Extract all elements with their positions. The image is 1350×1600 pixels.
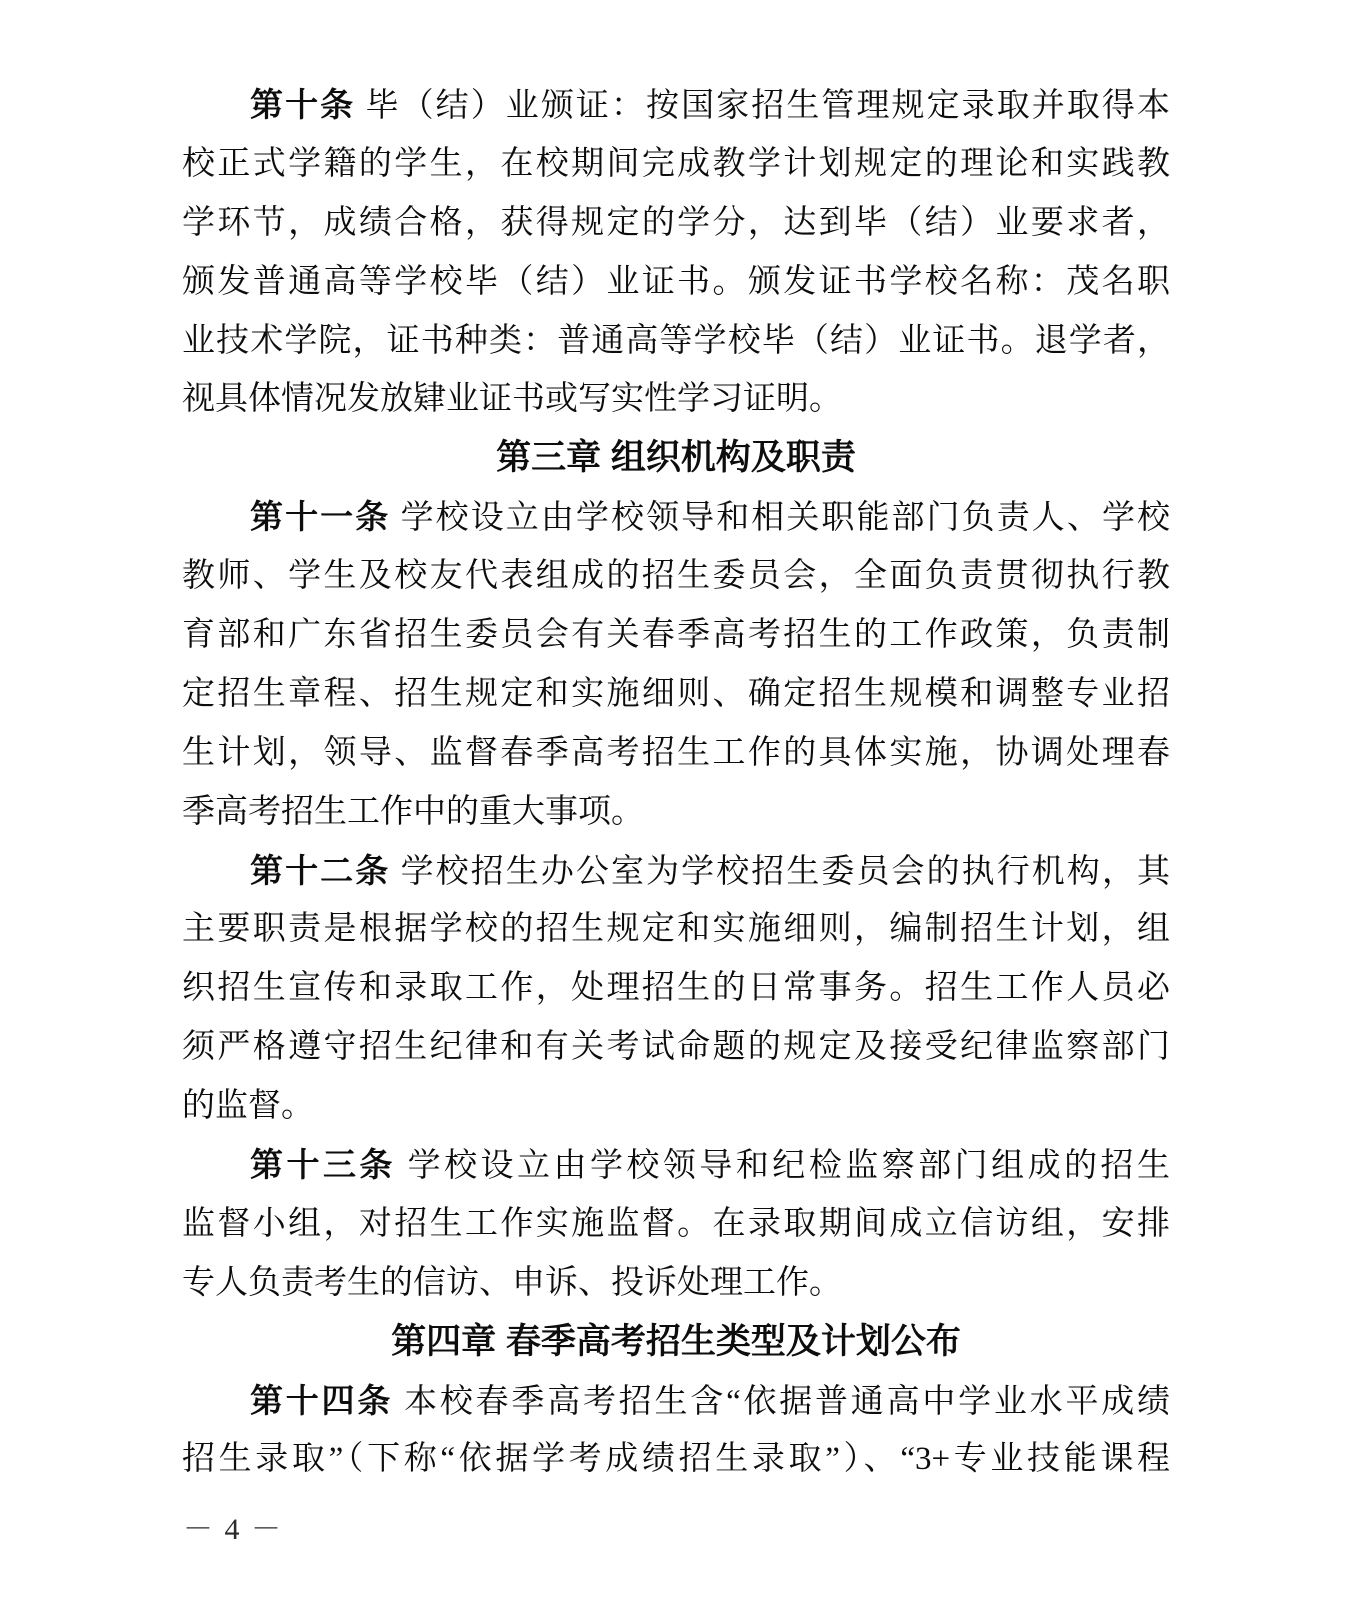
text-line: 第十条 毕（结）业颁证：按国家招生管理规定录取并取得本 [182, 76, 1170, 135]
text-line: 第十二条 学校招生办公室为学校招生委员会的执行机构，其 [182, 842, 1170, 901]
text-line: 颁发普通高等学校毕（结）业证书。颁发证书学校名称：茂名职 [182, 253, 1170, 312]
article-number: 第十一条 [250, 498, 390, 535]
page-number: － 4 － [183, 1512, 283, 1548]
text-line: 教师、学生及校友代表组成的招生委员会，全面负责贯彻执行教 [182, 547, 1170, 606]
chapter-heading: 第四章 春季高考招生类型及计划公布 [182, 1313, 1170, 1372]
text-line: 业技术学院，证书种类：普通高等学校毕（结）业证书。退学者， [182, 312, 1170, 371]
article-number: 第十条 [250, 86, 355, 123]
article-number: 第十二条 [250, 852, 390, 889]
text-line: 织招生宣传和录取工作，处理招生的日常事务。招生工作人员必 [182, 959, 1170, 1018]
text-line: 育部和广东省招生委员会有关春季高考招生的工作政策，负责制 [182, 606, 1170, 665]
text-line: 视具体情况发放肄业证书或写实性学习证明。 [182, 370, 1170, 429]
text-line: 的监督。 [182, 1077, 1170, 1136]
text-line: 专人负责考生的信访、申诉、投诉处理工作。 [182, 1254, 1170, 1313]
chapter-heading: 第三章 组织机构及职责 [182, 429, 1170, 488]
article-number: 第十四条 [250, 1382, 393, 1419]
text-line: 第十一条 学校设立由学校领导和相关职能部门负责人、学校 [182, 488, 1170, 547]
text-line: 第十三条 学校设立由学校领导和纪检监察部门组成的招生 [182, 1136, 1170, 1195]
article-number: 第十三条 [250, 1146, 396, 1183]
text-line: 学环节，成绩合格，获得规定的学分，达到毕（结）业要求者， [182, 194, 1170, 253]
text-line: 第十四条 本校春季高考招生含“依据普通高中学业水平成绩 [182, 1372, 1170, 1431]
text-line: 校正式学籍的学生，在校期间完成教学计划规定的理论和实践教 [182, 135, 1170, 194]
text-line: 招生录取”（下称“依据学考成绩招生录取”）、“3+专业技能课程 [182, 1430, 1170, 1489]
text-line: 须严格遵守招生纪律和有关考试命题的规定及接受纪律监察部门 [182, 1018, 1170, 1077]
document-page: 第十条 毕（结）业颁证：按国家招生管理规定录取并取得本校正式学籍的学生，在校期间… [0, 0, 1350, 1600]
text-line: 监督小组，对招生工作实施监督。在录取期间成立信访组，安排 [182, 1195, 1170, 1254]
document-lines: 第十条 毕（结）业颁证：按国家招生管理规定录取并取得本校正式学籍的学生，在校期间… [182, 76, 1170, 1489]
text-line: 季高考招生工作中的重大事项。 [182, 783, 1170, 842]
text-line: 生计划，领导、监督春季高考招生工作的具体实施，协调处理春 [182, 724, 1170, 783]
text-line: 主要职责是根据学校的招生规定和实施细则，编制招生计划，组 [182, 900, 1170, 959]
text-line: 定招生章程、招生规定和实施细则、确定招生规模和调整专业招 [182, 665, 1170, 724]
